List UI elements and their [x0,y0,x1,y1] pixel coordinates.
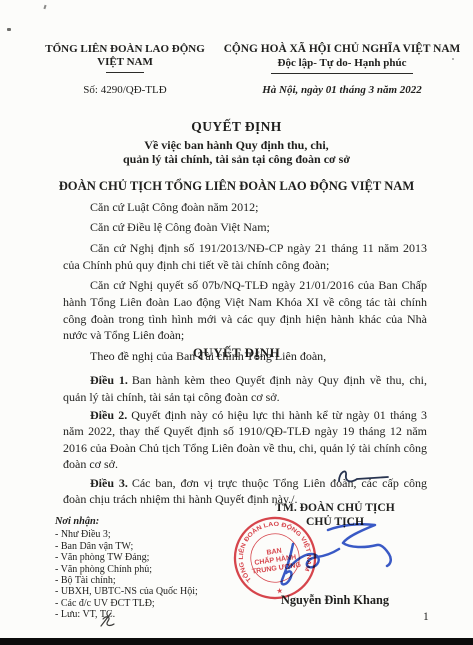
recipient-item: - Văn phòng Chính phủ; [55,564,198,575]
scanned-decision-document: TỔNG LIÊN ĐOÀN LAO ĐỘNG VIỆT NAM Số: 429… [0,0,473,645]
signer-name: Nguyễn Đình Khang [245,593,425,608]
preamble-clause: Căn cứ Luật Công đoàn năm 2012; [63,199,427,216]
article-1: Điều 1.Ban hành kèm theo Quyết định này … [63,372,427,405]
scan-artifact [7,28,11,31]
recipient-item: - Các đ/c UV ĐCT TLĐ; [55,598,198,609]
recipient-item: - Bộ Tài chính; [55,575,198,586]
preamble-clause: Căn cứ Nghị định số 191/2013/NĐ-CP ngày … [63,240,427,274]
national-name: CỘNG HOÀ XÃ HỘI CHỦ NGHĨA VIỆT NAM [220,43,464,56]
document-title: QUYẾT ĐỊNH [0,119,473,135]
national-header-block: CỘNG HOÀ XÃ HỘI CHỦ NGHĨA VIỆT NAM Độc l… [220,43,464,97]
org-underline [106,72,144,73]
recipient-item: - Lưu: VT, TC. [55,609,198,620]
document-subject-line1: Về việc ban hành Quy định thu, chi, [0,138,473,152]
issuing-org-block: TỔNG LIÊN ĐOÀN LAO ĐỘNG VIỆT NAM Số: 429… [30,43,220,97]
recipients-block: Nơi nhận: - Như Điều 3; - Ban Dân vận TW… [55,516,198,621]
preamble-section: Căn cứ Luật Công đoàn năm 2012; Căn cứ Đ… [63,199,427,368]
recipient-item: - Như Điều 3; [55,529,198,540]
document-number: Số: 4290/QĐ-TLĐ [30,84,220,97]
page-number: 1 [423,611,429,623]
issuing-authority: ĐOÀN CHỦ TỊCH TỔNG LIÊN ĐOÀN LAO ĐỘNG VI… [0,179,473,194]
scan-artifact [43,5,46,9]
recipients-heading: Nơi nhận: [55,516,198,527]
article-2: Điều 2.Quyết định này có hiệu lực thi hà… [63,407,427,473]
recipient-item: - Ban Dân vận TW; [55,541,198,552]
org-name-line1: TỔNG LIÊN ĐOÀN LAO ĐỘNG [30,43,220,56]
national-motto: Độc lập- Tự do- Hạnh phúc [220,57,464,70]
motto-underline [271,73,413,74]
decision-heading: QUYẾT ĐỊNH [0,345,473,361]
article-3-label: Điều 3. [90,476,128,490]
handwritten-paraph [330,465,394,489]
handwritten-signature [265,518,400,590]
preamble-clause: Căn cứ Điều lệ Công đoàn Việt Nam; [63,219,427,236]
recipient-item: - Văn phòng TW Đảng; [55,552,198,563]
scan-edge-bar [0,638,473,645]
document-subject-line2: quản lý tài chính, tài sản tại công đoàn… [0,152,473,166]
document-title-block: QUYẾT ĐỊNH Về việc ban hành Quy định thu… [0,119,473,166]
preamble-clause: Căn cứ Nghị quyết số 07b/NQ-TLĐ ngày 21/… [63,277,427,344]
article-2-label: Điều 2. [90,408,127,422]
recipient-item: - UBXH, UBTC-NS của Quốc Hội; [55,586,198,597]
org-name-line2: VIỆT NAM [30,56,220,69]
on-behalf-line: TM. ĐOÀN CHỦ TỊCH [245,501,425,515]
article-1-label: Điều 1. [90,373,128,387]
place-and-date: Hà Nội, ngày 01 tháng 3 năm 2022 [220,84,464,97]
handwritten-clerk-mark [97,611,117,629]
